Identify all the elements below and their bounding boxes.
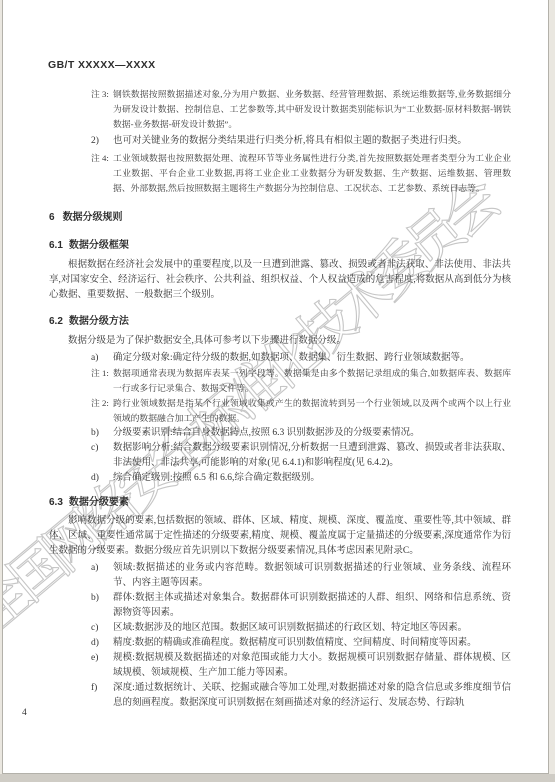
paragraph-6-3: 影响数据分级的要素,包括数据的领域、群体、区域、精度、规模、深度、覆盖度、重要性… xyxy=(49,514,511,559)
list-item-b: b) 分级要素识别:结合自身数据特点,按照 6.3 识别数据涉及的分级要素情况。 xyxy=(49,426,511,441)
note-2-label: 注 2: xyxy=(91,396,109,411)
list-item-b-text: 分级要素识别:结合自身数据特点,按照 6.3 识别数据涉及的分级要素情况。 xyxy=(113,428,420,438)
document-page: 全国网络安全标准化技术委员会 GB/T XXXXX—XXXX 注 3: 钢铁数据… xyxy=(2,0,549,774)
list-item-c: c) 数据影响分析:结合数据分级要素识别情况,分析数据一旦遭到泄露、篡改、损毁或… xyxy=(49,441,511,471)
standard-number-header: GB/T XXXXX—XXXX xyxy=(48,59,156,71)
note-2-text: 跨行业领域数据是指某个行业领域收集或产生的数据流转到另一个行业领域,以及两个或两… xyxy=(113,398,511,423)
section-6-number: 6 xyxy=(49,210,55,225)
section-6-3-number: 6.3 xyxy=(49,495,63,510)
list-item-a-text: 确定分级对象:确定待分级的数据,如数据项、数据集、衍生数据、跨行业领域数据等。 xyxy=(113,353,470,363)
note-4-text: 工业领域数据也按照数据处理、流程环节等业务属性进行分类,首先按照数据处理者类型分… xyxy=(113,153,511,193)
list63-item-d-label: d) xyxy=(91,636,99,651)
list63-item-e: e) 规模:数据规模及数据描述的对象范围或能力大小。数据规模可识别数据存储量、群… xyxy=(49,651,511,681)
list63-item-b-label: b) xyxy=(91,591,99,606)
note-4: 注 4: 工业领域数据也按照数据处理、流程环节等业务属性进行分类,首先按照数据处… xyxy=(49,151,511,196)
list-item-d: d) 综合确定级别:按照 6.5 和 6.6,综合确定数据级别。 xyxy=(49,471,511,486)
section-6-2-title: 数据分级方法 xyxy=(69,314,129,329)
section-6-1-number: 6.1 xyxy=(49,238,63,253)
section-6-1-heading: 6.1 数据分级框架 xyxy=(49,238,511,253)
list-item-d-text: 综合确定级别:按照 6.5 和 6.6,综合确定数据级别。 xyxy=(113,473,320,483)
note-4-label: 注 4: xyxy=(91,151,109,166)
section-6-3-heading: 6.3 数据分级要素 xyxy=(49,495,511,510)
list-item-2: 2) 也可对关键业务的数据分类结果进行归类分析,将具有相似主题的数据子类进行归类… xyxy=(49,134,511,149)
list63-item-a-text: 领域:数据描述的业务或内容范畴。数据领域可识别数据描述的行业领域、业务条线、流程… xyxy=(113,563,511,588)
section-6-title: 数据分级规则 xyxy=(63,210,123,225)
note-1: 注 1: 数据项通常表现为数据库表某一列字段等。数据集是由多个数据记录组成的集合… xyxy=(49,366,511,396)
section-6-2-heading: 6.2 数据分级方法 xyxy=(49,314,511,329)
list-item-a-label: a) xyxy=(91,351,98,366)
section-6-3-title: 数据分级要素 xyxy=(69,495,129,510)
note-3-label: 注 3: xyxy=(91,87,109,102)
list63-item-f: f) 深度:通过数据统计、关联、挖掘或融合等加工处理,对数据描述对象的隐含信息或… xyxy=(49,681,511,711)
page-separator-gap xyxy=(0,774,555,782)
section-6-1-title: 数据分级框架 xyxy=(69,238,129,253)
note-1-text: 数据项通常表现为数据库表某一列字段等。数据集是由多个数据记录组成的集合,如数据库… xyxy=(113,368,511,393)
list63-item-a-label: a) xyxy=(91,561,98,576)
list-item-c-text: 数据影响分析:结合数据分级要素识别情况,分析数据一旦遭到泄露、篡改、损毁或者非法… xyxy=(113,443,511,468)
list-item-a: a) 确定分级对象:确定待分级的数据,如数据项、数据集、衍生数据、跨行业领域数据… xyxy=(49,351,511,366)
section-6-2-number: 6.2 xyxy=(49,314,63,329)
note-2: 注 2: 跨行业领域数据是指某个行业领域收集或产生的数据流转到另一个行业领域,以… xyxy=(49,396,511,426)
list63-item-c-label: c) xyxy=(91,621,98,636)
list63-item-c-text: 区域:数据涉及的地区范围。数据区域可识别数据描述的行政区划、特定地区等因素。 xyxy=(113,623,467,633)
note-3-text: 钢铁数据按照数据描述对象,分为用户数据、业务数据、经营管理数据、系统运维数据等,… xyxy=(113,89,511,129)
page-number: 4 xyxy=(22,708,27,718)
list63-item-b-text: 群体:数据主体或描述对象集合。数据群体可识别数据描述的人群、组织、网络和信息系统… xyxy=(113,593,511,618)
list-item-2-label: 2) xyxy=(91,134,99,149)
list-item-d-label: d) xyxy=(91,471,99,486)
paragraph-6-2: 数据分级是为了保护数据安全,具体可参考以下步骤进行数据分级。 xyxy=(49,334,511,349)
list63-item-f-label: f) xyxy=(91,681,97,696)
list-item-c-label: c) xyxy=(91,441,98,456)
list63-item-c: c) 区域:数据涉及的地区范围。数据区域可识别数据描述的行政区划、特定地区等因素… xyxy=(49,621,511,636)
paragraph-6-1: 根据数据在经济社会发展中的重要程度,以及一旦遭到泄露、篡改、损毁或者非法获取、非… xyxy=(49,258,511,303)
list-item-2-text: 也可对关键业务的数据分类结果进行归类分析,将具有相似主题的数据子类进行归类。 xyxy=(113,136,467,146)
list-item-b-label: b) xyxy=(91,426,99,441)
list63-item-b: b) 群体:数据主体或描述对象集合。数据群体可识别数据描述的人群、组织、网络和信… xyxy=(49,591,511,621)
note-1-label: 注 1: xyxy=(91,366,109,381)
section-6-heading: 6 数据分级规则 xyxy=(49,210,511,225)
list63-item-e-label: e) xyxy=(91,651,98,666)
list63-item-a: a) 领域:数据描述的业务或内容范畴。数据领域可识别数据描述的行业领域、业务条线… xyxy=(49,561,511,591)
note-3: 注 3: 钢铁数据按照数据描述对象,分为用户数据、业务数据、经营管理数据、系统运… xyxy=(49,87,511,132)
list63-item-d: d) 精度:数据的精确或准确程度。数据精度可识别数值精度、空间精度、时间精度等因… xyxy=(49,636,511,651)
page-body: 注 3: 钢铁数据按照数据描述对象,分为用户数据、业务数据、经营管理数据、系统运… xyxy=(49,87,511,711)
list63-item-f-text: 深度:通过数据统计、关联、挖掘或融合等加工处理,对数据描述对象的隐含信息或多维度… xyxy=(113,683,511,708)
list63-item-e-text: 规模:数据规模及数据描述的对象范围或能力大小。数据规模可识别数据存储量、群体规模… xyxy=(113,653,511,678)
list63-item-d-text: 精度:数据的精确或准确程度。数据精度可识别数值精度、空间精度、时间精度等因素。 xyxy=(113,638,477,648)
